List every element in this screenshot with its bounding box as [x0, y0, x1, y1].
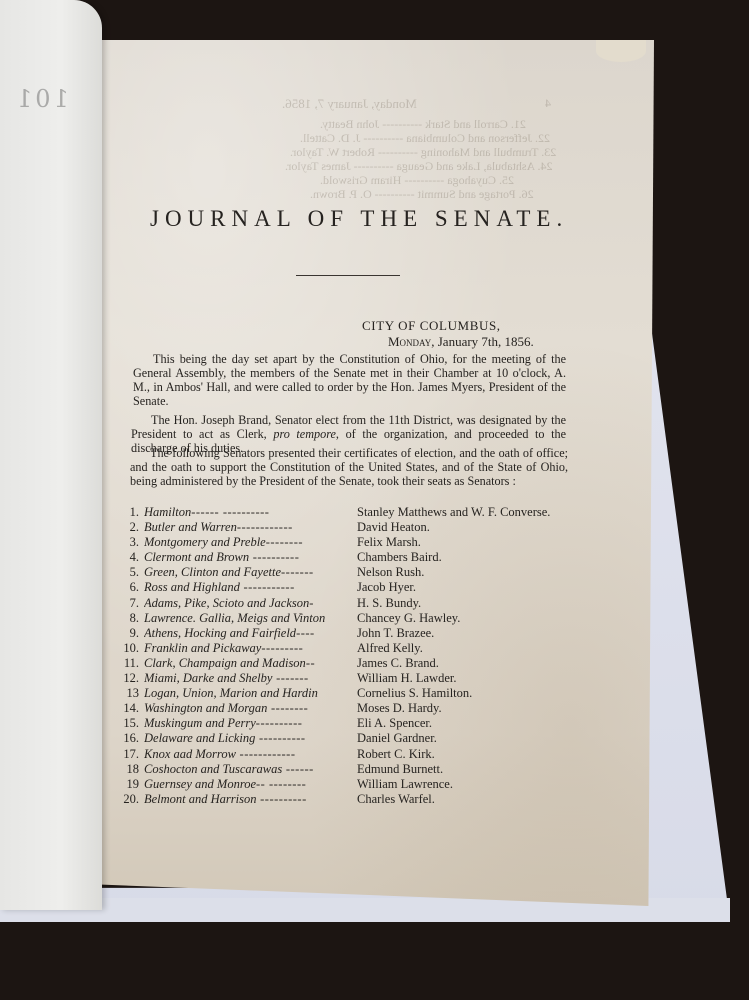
district-name: Delaware and Licking ---------- — [144, 731, 349, 746]
district-name: Belmont and Harrison ---------- — [144, 792, 349, 807]
senator-name: James C. Brand. — [349, 656, 439, 671]
senator-name: William Lawrence. — [349, 777, 453, 792]
district-name: Knox aad Morrow ------------ — [144, 747, 349, 762]
dateline-city: CITY OF COLUMBUS, — [362, 318, 501, 334]
senator-name: Chancey G. Hawley. — [349, 611, 460, 626]
title-rule — [296, 275, 400, 276]
senator-row: 9.Athens, Hocking and Fairfield----John … — [118, 626, 578, 641]
district-name: Muskingum and Perry---------- — [144, 716, 349, 731]
senator-row: 3.Montgomery and Preble--------Felix Mar… — [118, 535, 578, 550]
senator-row: 19Guernsey and Monroe-- --------William … — [118, 777, 578, 792]
senator-row: 10.Franklin and Pickaway---------Alfred … — [118, 641, 578, 656]
district-number: 8. — [118, 611, 144, 626]
district-number: 9. — [118, 626, 144, 641]
district-number: 10. — [118, 641, 144, 656]
senator-name: David Heaton. — [349, 520, 430, 535]
senator-name: Edmund Burnett. — [349, 762, 443, 777]
senator-name: Cornelius S. Hamilton. — [349, 686, 472, 701]
district-number: 6. — [118, 580, 144, 595]
senator-row: 14.Washington and Morgan --------Moses D… — [118, 701, 578, 716]
district-name: Coshocton and Tuscarawas ------ — [144, 762, 349, 777]
district-number: 20. — [118, 792, 144, 807]
senator-list: 1.Hamilton------ ----------Stanley Matth… — [118, 505, 578, 807]
district-name: Butler and Warren------------ — [144, 520, 349, 535]
district-name: Miami, Darke and Shelby ------- — [144, 671, 349, 686]
district-number: 4. — [118, 550, 144, 565]
senator-row: 8.Lawrence. Gallia, Meigs and VintonChan… — [118, 611, 578, 626]
senator-name: H. S. Bundy. — [349, 596, 421, 611]
senator-name: John T. Brazee. — [349, 626, 434, 641]
senator-row: 12.Miami, Darke and Shelby -------Willia… — [118, 671, 578, 686]
district-number: 15. — [118, 716, 144, 731]
senator-name: William H. Lawder. — [349, 671, 456, 686]
district-number: 19 — [118, 777, 144, 792]
district-number: 16. — [118, 731, 144, 746]
dateline-day: January 7th, 1856. — [438, 334, 534, 349]
district-number: 18 — [118, 762, 144, 777]
paragraph-opening: This being the day set apart by the Cons… — [133, 352, 566, 408]
district-name: Guernsey and Monroe-- -------- — [144, 777, 349, 792]
district-name: Montgomery and Preble-------- — [144, 535, 349, 550]
district-number: 17. — [118, 747, 144, 762]
senator-row: 13Logan, Union, Marion and HardinCorneli… — [118, 686, 578, 701]
district-number: 3. — [118, 535, 144, 550]
document-content: JOURNAL OF THE SENATE. CITY OF COLUMBUS,… — [0, 0, 749, 1000]
senator-name: Robert C. Kirk. — [349, 747, 435, 762]
district-name: Franklin and Pickaway--------- — [144, 641, 349, 656]
district-number: 11. — [118, 656, 144, 671]
district-name: Athens, Hocking and Fairfield---- — [144, 626, 349, 641]
senator-row: 11.Clark, Champaign and Madison--James C… — [118, 656, 578, 671]
district-name: Ross and Highland ----------- — [144, 580, 349, 595]
senator-name: Alfred Kelly. — [349, 641, 423, 656]
document-title: JOURNAL OF THE SENATE. — [150, 206, 580, 232]
district-name: Adams, Pike, Scioto and Jackson- — [144, 596, 349, 611]
senator-name: Chambers Baird. — [349, 550, 442, 565]
district-number: 7. — [118, 596, 144, 611]
senator-row: 17.Knox aad Morrow ------------Robert C.… — [118, 747, 578, 762]
senator-name: Daniel Gardner. — [349, 731, 437, 746]
senator-row: 4.Clermont and Brown ----------Chambers … — [118, 550, 578, 565]
district-name: Clermont and Brown ---------- — [144, 550, 349, 565]
district-name: Hamilton------ ---------- — [144, 505, 349, 520]
district-name: Washington and Morgan -------- — [144, 701, 349, 716]
paragraph-clerk-italic: pro tempore — [273, 427, 336, 441]
senator-row: 7.Adams, Pike, Scioto and Jackson-H. S. … — [118, 596, 578, 611]
senator-row: 1.Hamilton------ ----------Stanley Matth… — [118, 505, 578, 520]
dateline-date: Monday, January 7th, 1856. — [388, 334, 534, 350]
senator-row: 6.Ross and Highland -----------Jacob Hye… — [118, 580, 578, 595]
district-number: 12. — [118, 671, 144, 686]
senator-row: 15.Muskingum and Perry----------Eli A. S… — [118, 716, 578, 731]
senator-row: 2.Butler and Warren------------David Hea… — [118, 520, 578, 535]
senator-name: Eli A. Spencer. — [349, 716, 432, 731]
senator-row: 20.Belmont and Harrison ----------Charle… — [118, 792, 578, 807]
district-name: Clark, Champaign and Madison-- — [144, 656, 349, 671]
senator-row: 16.Delaware and Licking ----------Daniel… — [118, 731, 578, 746]
district-number: 14. — [118, 701, 144, 716]
senator-name: Nelson Rush. — [349, 565, 424, 580]
senator-name: Jacob Hyer. — [349, 580, 416, 595]
district-number: 5. — [118, 565, 144, 580]
district-number: 1. — [118, 505, 144, 520]
district-number: 2. — [118, 520, 144, 535]
senator-name: Stanley Matthews and W. F. Converse. — [349, 505, 550, 520]
senator-name: Moses D. Hardy. — [349, 701, 442, 716]
senator-name: Felix Marsh. — [349, 535, 421, 550]
district-name: Logan, Union, Marion and Hardin — [144, 686, 349, 701]
district-name: Lawrence. Gallia, Meigs and Vinton — [144, 611, 349, 626]
dateline-weekday: Monday, — [388, 334, 434, 349]
district-number: 13 — [118, 686, 144, 701]
senator-row: 5.Green, Clinton and Fayette-------Nelso… — [118, 565, 578, 580]
district-name: Green, Clinton and Fayette------- — [144, 565, 349, 580]
paragraph-oath: The following Senators presented their c… — [130, 446, 568, 488]
senator-name: Charles Warfel. — [349, 792, 435, 807]
senator-row: 18Coshocton and Tuscarawas ------Edmund … — [118, 762, 578, 777]
